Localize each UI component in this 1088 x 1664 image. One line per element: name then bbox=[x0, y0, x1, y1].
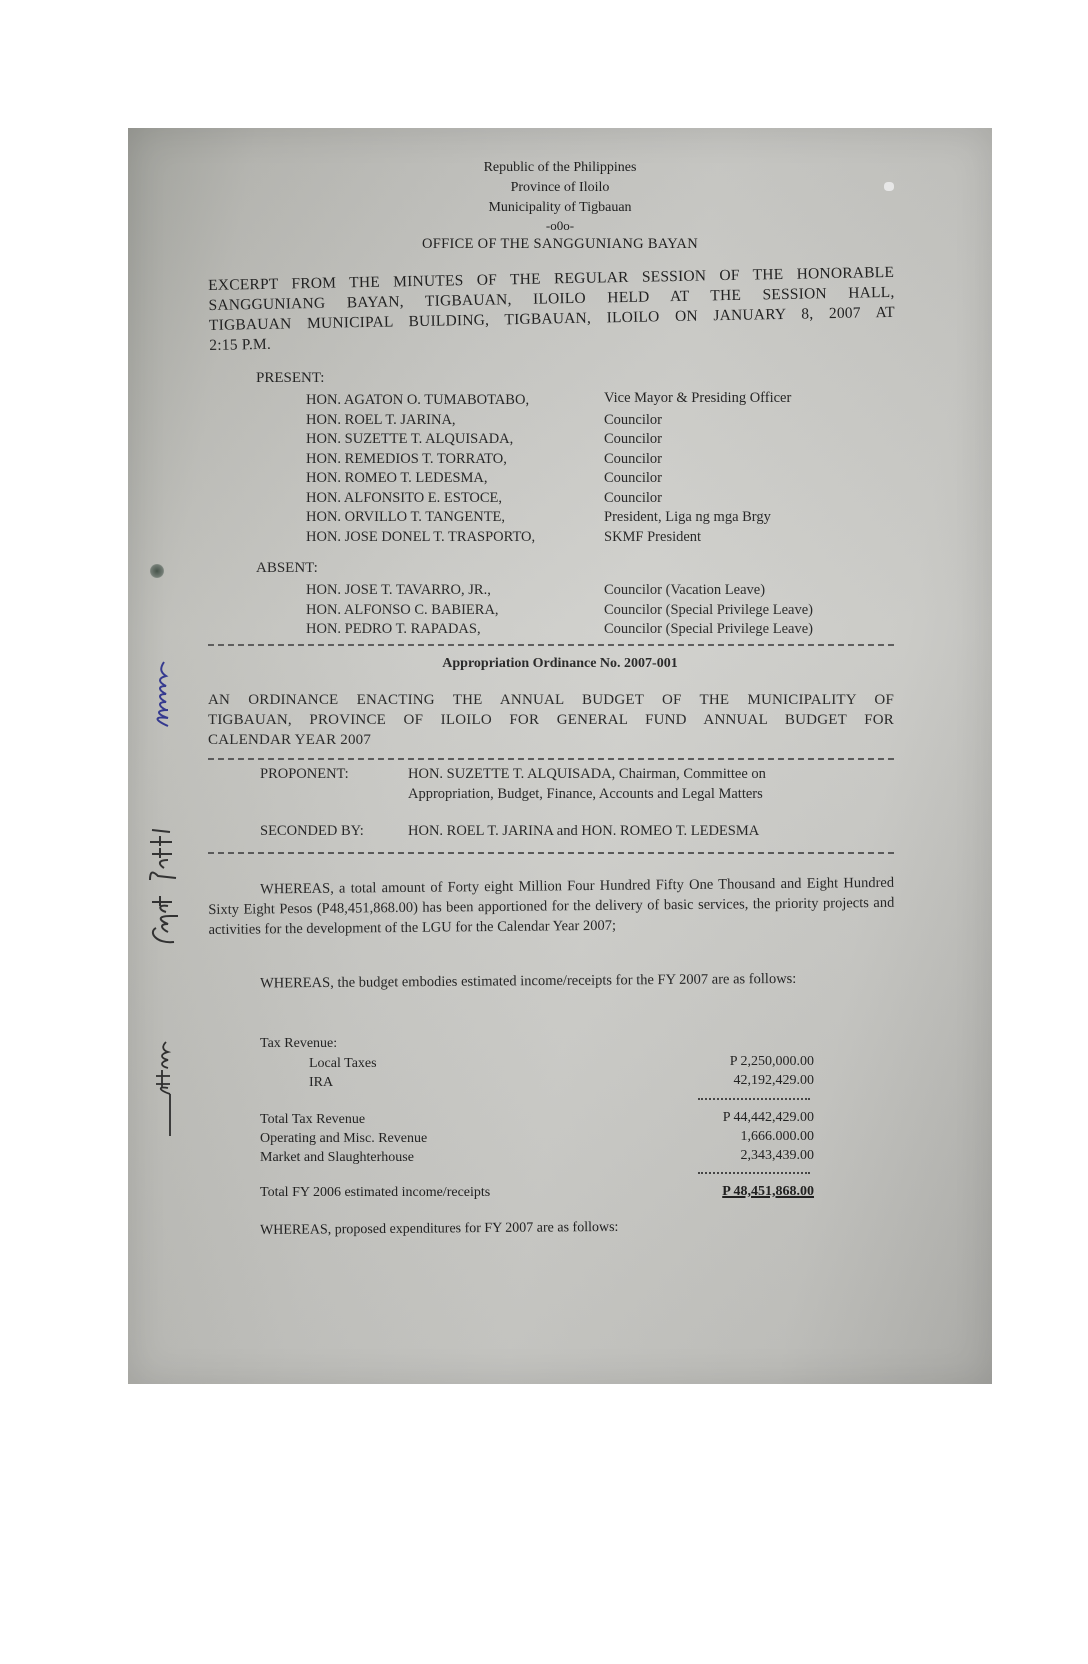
ordinance-line: AN ORDINANCE ENACTING THE ANNUAL BUDGET … bbox=[208, 690, 894, 710]
present-member-role: Councilor bbox=[604, 449, 662, 469]
absent-label: ABSENT: bbox=[256, 560, 318, 577]
absent-member-name: HON. JOSE T. TAVARRO, JR., bbox=[306, 580, 491, 600]
present-member-role: President, Liga ng mga Brgy bbox=[604, 507, 771, 527]
proponent-committee: Appropriation, Budget, Finance, Accounts… bbox=[408, 786, 763, 803]
seconded-label: SECONDED BY: bbox=[260, 823, 364, 840]
local-taxes-label: Local Taxes bbox=[309, 1054, 377, 1073]
whereas-expenditures: WHEREAS, proposed expenditures for FY 20… bbox=[260, 1220, 619, 1239]
header-separator: -o0o- bbox=[128, 216, 992, 236]
seconded-value: HON. ROEL T. JARINA and HON. ROMEO T. LE… bbox=[408, 823, 759, 840]
total-tax-amount: P 44,442,429.00 bbox=[694, 1110, 814, 1126]
operating-amount: 1,666.000.00 bbox=[694, 1129, 814, 1145]
total-income-label: Total FY 2006 estimated income/receipts bbox=[260, 1183, 490, 1202]
market-amount: 2,343,439.00 bbox=[694, 1148, 814, 1164]
ira-label: IRA bbox=[309, 1073, 333, 1092]
proponent-name: HON. SUZETTE T. ALQUISADA, Chairman, Com… bbox=[408, 766, 766, 783]
divider bbox=[208, 852, 894, 854]
present-member-name: HON. SUZETTE T. ALQUISADA, bbox=[306, 429, 513, 449]
local-taxes-amount: P 2,250,000.00 bbox=[694, 1054, 814, 1070]
ordinance-line: TIGBAUAN, PROVINCE OF ILOILO FOR GENERAL… bbox=[208, 710, 894, 730]
whereas-apportionment: WHEREAS, a total amount of Forty eight M… bbox=[208, 873, 895, 940]
present-label: PRESENT: bbox=[256, 370, 324, 387]
proponent-label: PROPONENT: bbox=[260, 766, 349, 783]
excerpt-paragraph: EXCERPT FROM THE MINUTES OF THE REGULAR … bbox=[208, 263, 895, 356]
absent-member-role: Councilor (Special Privilege Leave) bbox=[604, 600, 813, 620]
margin-handwritten-note bbox=[146, 796, 184, 946]
market-label: Market and Slaughterhouse bbox=[260, 1148, 414, 1167]
punch-hole bbox=[150, 564, 164, 578]
glare-spot bbox=[884, 182, 894, 191]
present-member-role: Vice Mayor & Presiding Officer bbox=[604, 388, 791, 408]
present-member-name: HON. ROMEO T. LEDESMA, bbox=[306, 468, 488, 488]
handwritten-note-icon bbox=[146, 796, 180, 946]
whereas-income: WHEREAS, the budget embodies estimated i… bbox=[208, 968, 894, 994]
present-member-name: HON. JOSE DONEL T. TRASPORTO, bbox=[306, 527, 535, 547]
signature-line-icon bbox=[152, 1038, 174, 1138]
header-municipality: Municipality of Tigbauan bbox=[128, 198, 992, 218]
present-member-name: HON. ROEL T. JARINA, bbox=[306, 410, 456, 430]
present-member-name: HON. ALFONSITO E. ESTOCE, bbox=[306, 488, 502, 508]
present-member-role: Councilor bbox=[604, 410, 662, 430]
header-office: OFFICE OF THE SANGGUNIANG BAYAN bbox=[128, 234, 992, 254]
present-member-role: SKMF President bbox=[604, 527, 701, 547]
divider bbox=[208, 644, 894, 646]
absent-member-name: HON. PEDRO T. RAPADAS, bbox=[306, 619, 481, 639]
header-province: Province of Iloilo bbox=[128, 178, 992, 198]
present-member-role: Councilor bbox=[604, 488, 662, 508]
ordinance-line: CALENDAR YEAR 2007 bbox=[208, 730, 894, 750]
subtotal-rule bbox=[698, 1098, 810, 1100]
ordinance-title: Appropriation Ordinance No. 2007-001 bbox=[128, 656, 992, 672]
present-member-name: HON. REMEDIOS T. TORRATO, bbox=[306, 449, 507, 469]
ira-amount: 42,192,429.00 bbox=[694, 1073, 814, 1089]
present-member-role: Councilor bbox=[604, 468, 662, 488]
total-rule bbox=[698, 1172, 810, 1174]
absent-member-role: Councilor (Vacation Leave) bbox=[604, 580, 765, 600]
header-republic: Republic of the Philippines bbox=[128, 158, 992, 178]
operating-label: Operating and Misc. Revenue bbox=[260, 1129, 427, 1148]
total-income-amount: P 48,451,868.00 bbox=[694, 1184, 814, 1200]
present-member-name: HON. ORVILLO T. TANGENTE, bbox=[306, 507, 505, 527]
total-tax-label: Total Tax Revenue bbox=[260, 1110, 365, 1129]
scanned-document-page: Republic of the Philippines Province of … bbox=[128, 128, 992, 1384]
absent-member-role: Councilor (Special Privilege Leave) bbox=[604, 619, 813, 639]
margin-signature-black bbox=[152, 1038, 178, 1138]
present-member-name: HON. AGATON O. TUMABOTABO, bbox=[306, 390, 529, 410]
signature-scribble-icon bbox=[152, 658, 174, 728]
present-member-role: Councilor bbox=[604, 429, 662, 449]
ordinance-description: AN ORDINANCE ENACTING THE ANNUAL BUDGET … bbox=[208, 690, 894, 750]
tax-revenue-label: Tax Revenue: bbox=[260, 1034, 337, 1053]
divider bbox=[208, 758, 894, 760]
margin-signature-blue bbox=[152, 658, 179, 728]
absent-member-name: HON. ALFONSO C. BABIERA, bbox=[306, 600, 499, 620]
